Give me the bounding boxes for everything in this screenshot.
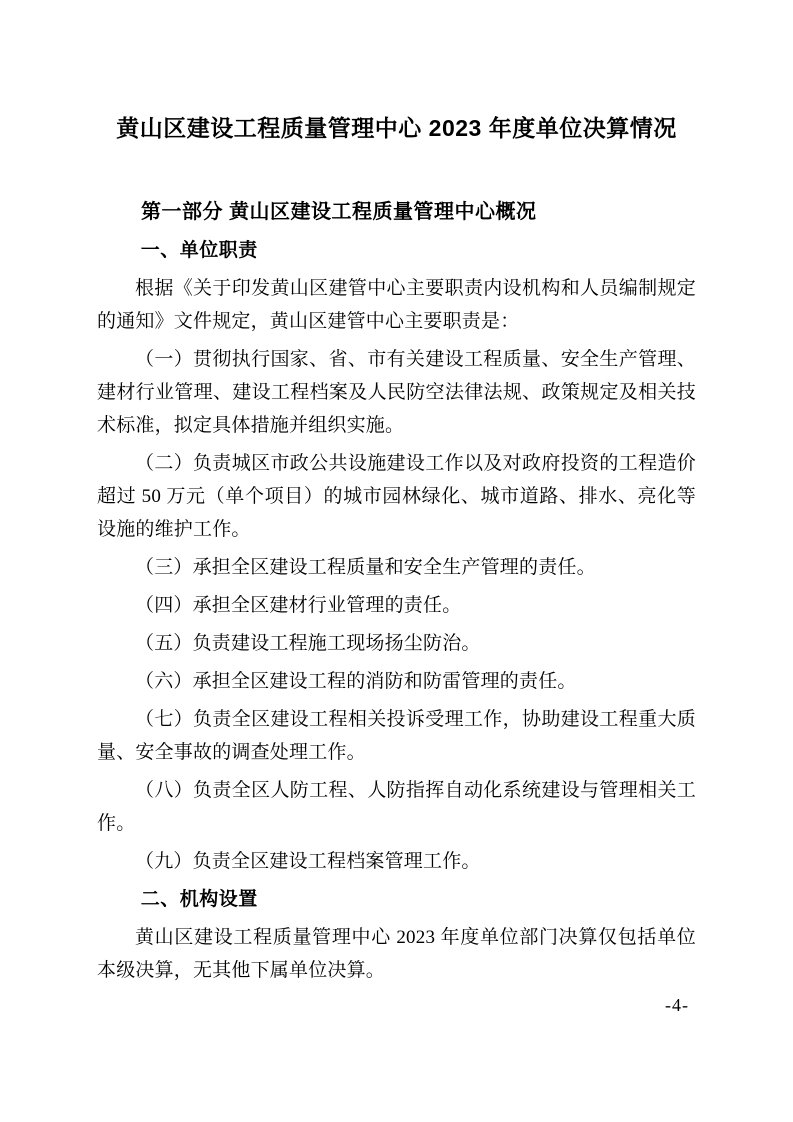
duty-paragraph-8: （八）负责全区人防工程、人防指挥自动化系统建设与管理相关工作。 bbox=[97, 774, 696, 840]
document-content: 黄山区建设工程质量管理中心 2023 年度单位决算情况 第一部分 黄山区建设工程… bbox=[0, 0, 793, 987]
page-number: -4- bbox=[665, 995, 689, 1016]
document-page: 黄山区建设工程质量管理中心 2023 年度单位决算情况 第一部分 黄山区建设工程… bbox=[0, 0, 793, 1122]
duty-paragraph-1: （一）贯彻执行国家、省、市有关建设工程质量、安全生产管理、建材行业管理、建设工程… bbox=[97, 343, 696, 442]
duty-paragraph-2: （二）负责城区市政公共设施建设工作以及对政府投资的工程造价超过 50 万元（单个… bbox=[97, 447, 696, 546]
section2-heading: 二、机构设置 bbox=[97, 883, 696, 916]
duty-paragraph-3: （三）承担全区建设工程质量和安全生产管理的责任。 bbox=[97, 551, 696, 584]
section1-heading: 一、单位职责 bbox=[97, 234, 696, 267]
duty-paragraph-6: （六）承担全区建设工程的消防和防雷管理的责任。 bbox=[97, 665, 696, 698]
section2-paragraph: 黄山区建设工程质量管理中心 2023 年度单位部门决算仅包括单位本级决算，无其他… bbox=[97, 921, 696, 987]
document-title: 黄山区建设工程质量管理中心 2023 年度单位决算情况 bbox=[97, 112, 696, 144]
duty-paragraph-9: （九）负责全区建设工程档案管理工作。 bbox=[97, 845, 696, 878]
section1-intro-paragraph: 根据《关于印发黄山区建管中心主要职责内设机构和人员编制规定的通知》文件规定，黄山… bbox=[97, 272, 696, 338]
duty-paragraph-5: （五）负责建设工程施工现场扬尘防治。 bbox=[97, 627, 696, 660]
duty-paragraph-4: （四）承担全区建材行业管理的责任。 bbox=[97, 589, 696, 622]
duty-paragraph-7: （七）负责全区建设工程相关投诉受理工作，协助建设工程重大质量、安全事故的调查处理… bbox=[97, 703, 696, 769]
part1-heading: 第一部分 黄山区建设工程质量管理中心概况 bbox=[97, 196, 696, 229]
